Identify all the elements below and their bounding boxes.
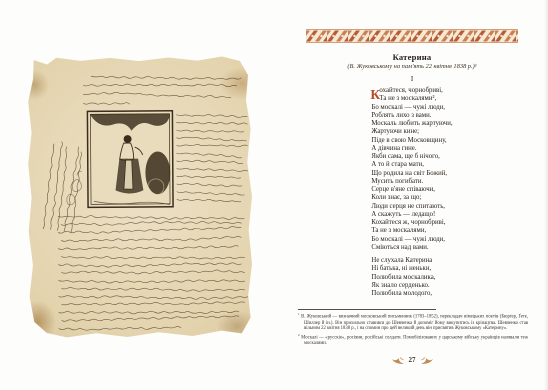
page-flourish-right-icon [420, 356, 434, 365]
poem-line: Полюбила москалика, [371, 274, 452, 282]
drop-cap: К [370, 88, 380, 102]
poem-line: Роблять лихо з вами. [371, 112, 452, 120]
poem-line: Якби сама, ще б нічого, [371, 153, 452, 161]
footnote-marker: 1 [298, 312, 300, 316]
poem-line: Ні батька, ні неньки, [371, 265, 452, 273]
page-edge-shadow [544, 0, 548, 390]
page-flourish-left-icon [391, 356, 405, 365]
page-number-row: 27 [294, 356, 530, 365]
poem-line: Піде в свою Московщину, [371, 137, 452, 145]
poem-line: Сміються над вами. [371, 244, 452, 252]
poem-line: Та не з москалями, [371, 227, 452, 235]
manuscript-artwork [27, 55, 253, 339]
footnote: 1 В. Жуковський — визначний московський … [298, 312, 528, 332]
poem-line: Кохайтеся ж, чорнобриві, [371, 219, 452, 227]
manuscript-photo [27, 55, 253, 339]
poem-line: Серце в'яне співаючи, [371, 186, 452, 194]
sketch-geese [67, 171, 82, 205]
poem-line: Полюбила молодого, [371, 290, 452, 298]
dedication: (В. Жуковському на пам'ять 22 квітня 183… [294, 63, 530, 71]
poem-line: Бо москалі — чужі люди, [371, 236, 452, 244]
footnote-rule [298, 309, 436, 310]
poem-line: Коли знає, за що; [371, 194, 452, 202]
poem-line: охайтеся, чорнобриві, [371, 87, 452, 95]
handwriting-right-column [176, 114, 247, 202]
poem-line: Бо москалі — чужі люди, [371, 104, 452, 112]
poem-line: Та не з москалями², [371, 95, 452, 103]
manuscript-sketch [66, 111, 173, 208]
handwriting-left-margin [43, 141, 83, 232]
footnote: 2 Москалі — «русскіе», росіяни, російськ… [298, 333, 528, 347]
left-page [0, 0, 274, 390]
part-number: І [294, 75, 530, 83]
right-page: Катерина (В. Жуковському на пам'ять 22 к… [294, 0, 530, 390]
poem-line: Люди серця не спитають, [371, 203, 452, 211]
poem-line: Що родила на світ Божий, [371, 170, 452, 178]
poem-line: Мусить погибати. [371, 178, 452, 186]
footnote-text: Москалі — «русскіе», росіяни, російські … [301, 335, 528, 346]
poem-line: Жартуючи кине; [371, 128, 452, 136]
poem-line: А дівчина гине. [371, 145, 452, 153]
poem-title: Катерина [294, 52, 530, 62]
poem-line: Москаль любить жартуючи, [371, 120, 452, 128]
footnote-marker: 2 [298, 333, 300, 337]
footnote-text: В. Жуковський — визначний московський пи… [301, 315, 528, 331]
poem: К охайтеся, чорнобриві, Та не з москалям… [371, 87, 452, 298]
page-number: 27 [409, 356, 416, 364]
handwriting-bottom-block [58, 215, 248, 331]
handwriting-top-block [83, 75, 241, 104]
ornament-band-icon [306, 29, 518, 43]
poem-line: А то й стара мати, [371, 161, 452, 169]
poem-line: Не слухала Катерина [371, 257, 452, 265]
poem-line: Як знало серденько. [371, 282, 452, 290]
poem-line: А скажуть — ледащо! [371, 211, 452, 219]
